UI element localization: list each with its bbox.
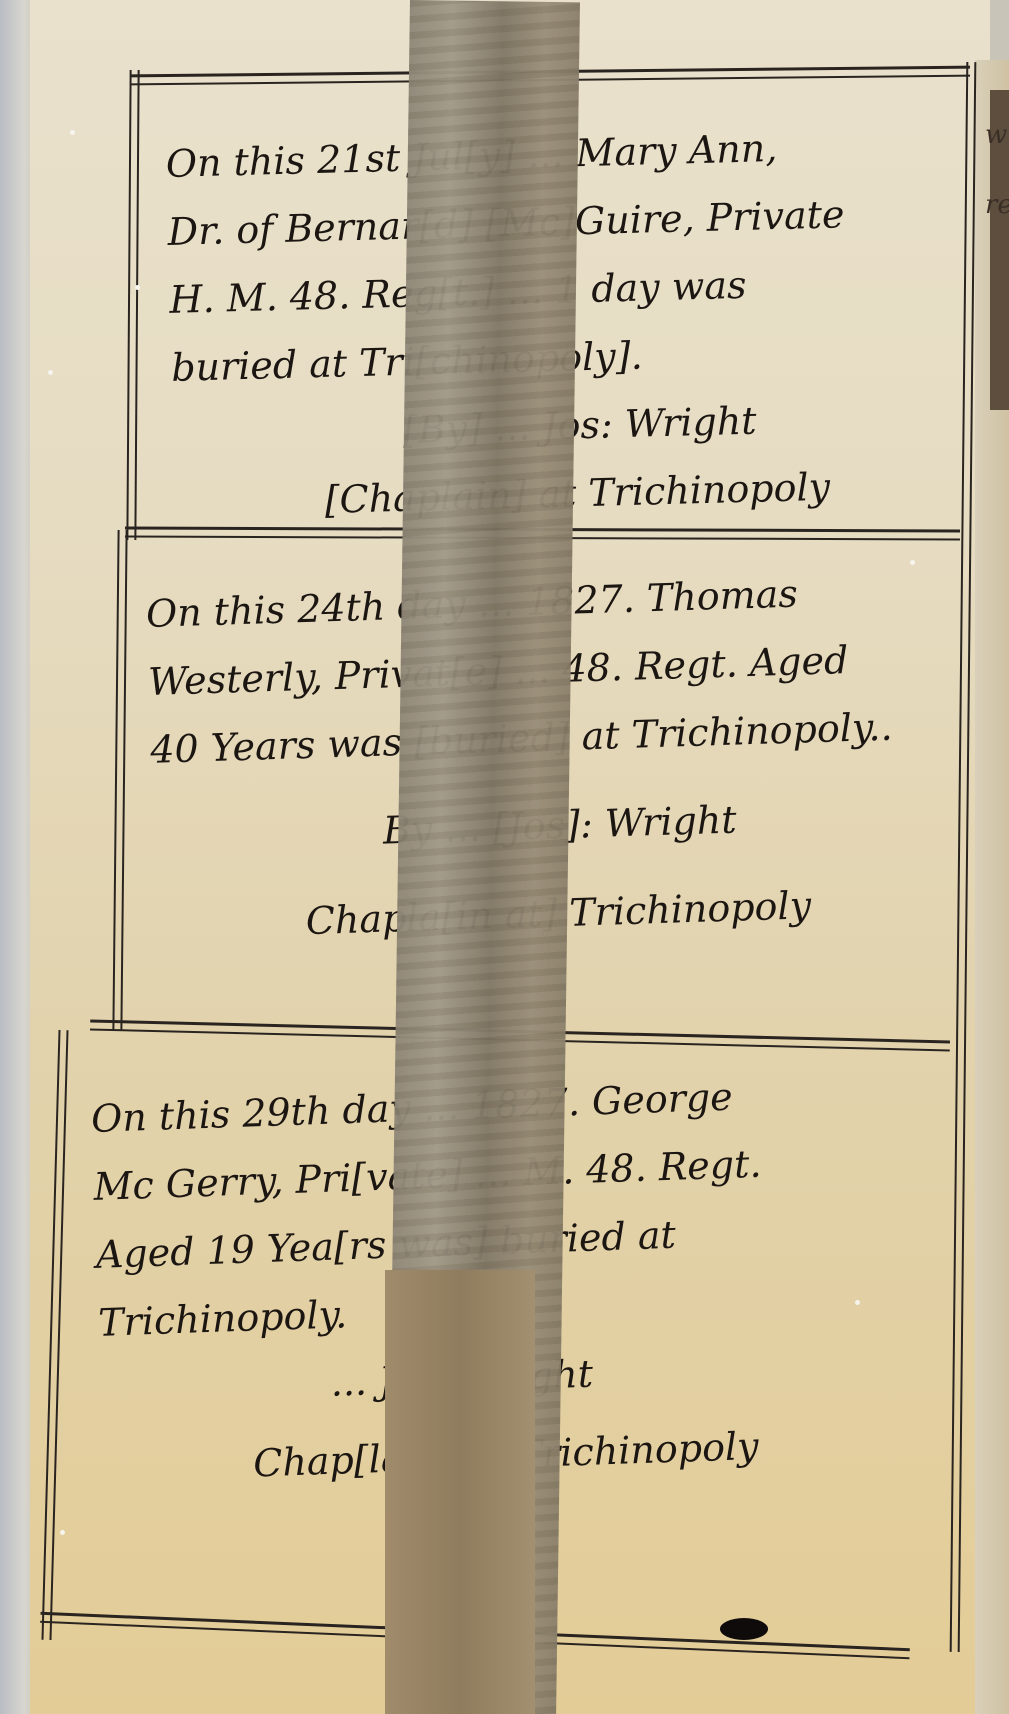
repair-tape-lower <box>385 1270 535 1714</box>
paper-speck <box>70 130 75 135</box>
paper-speck <box>910 560 915 565</box>
paper-speck <box>135 285 140 290</box>
paper-speck <box>855 1300 860 1305</box>
margin-fragment: re <box>985 190 1009 220</box>
paper-speck <box>48 370 53 375</box>
paper-speck <box>60 1530 65 1535</box>
margin-fragment: wn <box>985 120 1009 150</box>
ink-blot <box>720 1618 768 1640</box>
